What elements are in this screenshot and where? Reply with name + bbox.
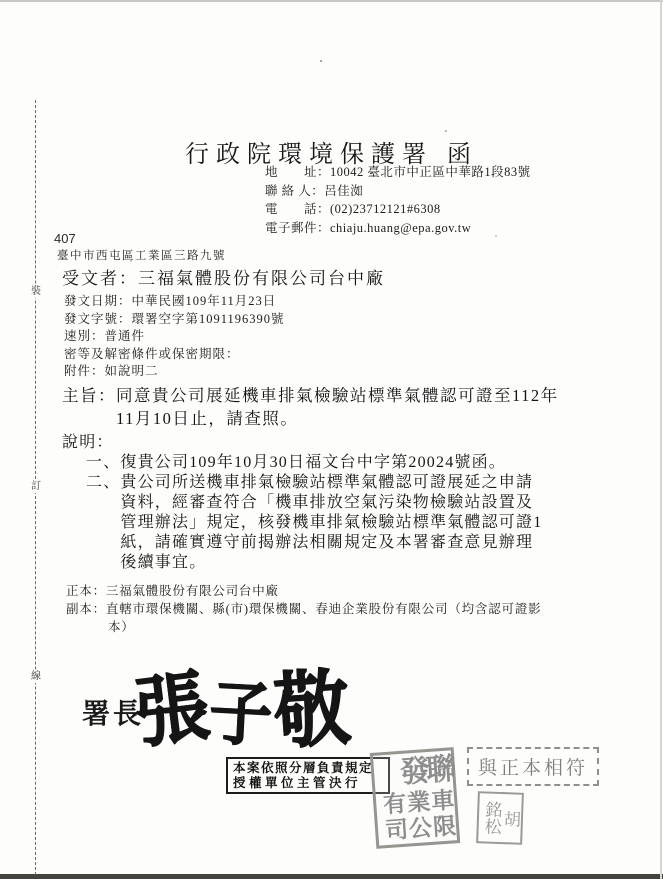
item-line: 資料，經審查符合「機車排放空氣污染物檢驗站設置及 xyxy=(120,493,542,513)
subject-section: 主旨： 同意貴公司展延機車排氣檢驗站標準氣體認可證至112年 11月10日止，請… xyxy=(62,384,559,430)
binding-mark-xian: 線 xyxy=(29,671,43,683)
certified-true-copy-stamp: 與正本相符 xyxy=(467,747,599,786)
item-line: 後續事宜。 xyxy=(120,553,542,573)
signature-char: 子 xyxy=(207,656,275,760)
item-number: 二、 xyxy=(86,473,120,573)
document-meta-block: 發文日期：中華民國109年11月23日 發文字號：環署空字第1091196390… xyxy=(64,293,285,381)
cc-line: 副本：直轄市環保機關、縣(市)環保機關、春迪企業股份有限公司（均含認可證影 xyxy=(66,600,541,618)
explanation-section: 說明： 一、 復貴公司109年10月30日福文台中字第20024號函。 二、 貴… xyxy=(62,433,542,573)
item-number: 一、 xyxy=(86,453,120,473)
contact-address-line: 地 址：10042 臺北市中正區中華路1段83號 xyxy=(265,163,531,182)
subject-line: 同意貴公司展延機車排氣檢驗站標準氣體認可證至112年 xyxy=(116,384,559,407)
company-stamp-column: 聯發 xyxy=(375,753,451,792)
recipient-address: 臺中市西屯區工業區三路九號 xyxy=(57,247,226,263)
recipient-line: 受文者：三福氣體股份有限公司台中廠 xyxy=(62,264,385,289)
signature-handwriting: 張子敬 xyxy=(135,650,347,755)
personal-name-seal: 胡 銘松 xyxy=(476,791,524,845)
explanation-label: 說明： xyxy=(62,433,542,453)
binding-mark-ding: 訂 xyxy=(29,481,43,493)
item-line: 紙，請確實遵守前揭辦法相關規定及本署審查意見辦理 xyxy=(120,533,542,553)
subject-line: 11月10日止，請查照。 xyxy=(116,407,559,430)
subject-label: 主旨： xyxy=(62,384,116,430)
scan-noise-specks xyxy=(320,60,322,62)
contact-person-line: 聯 絡 人：呂佳洳 xyxy=(265,182,531,201)
explanation-item-1: 一、 復貴公司109年10月30日福文台中字第20024號函。 xyxy=(86,453,542,473)
subject-body: 同意貴公司展延機車排氣檢驗站標準氣體認可證至112年 11月10日止，請查照。 xyxy=(116,384,559,430)
delegation-line: 本案依照分層負責規定 xyxy=(233,761,383,776)
company-stamp-column: 限公司 xyxy=(379,812,455,843)
original-copy-line: 正本：三福氣體股份有限公司台中廠 xyxy=(66,582,541,600)
cc-line-continuation: 本） xyxy=(108,618,541,636)
agency-contact-block: 地 址：10042 臺北市中正區中華路1段83號 聯 絡 人：呂佳洳 電 話：(… xyxy=(265,163,531,237)
item-body: 貴公司所送機車排氣檢驗站標準氣體認可證展延之申請 資料，經審查符合「機車排放空氣… xyxy=(120,473,542,573)
scanned-letter-page: 裝 訂 線 行政院環境保護署函 地 址：10042 臺北市中正區中華路1段83號… xyxy=(0,0,663,879)
scan-edge-top xyxy=(0,0,663,2)
name-seal-column: 胡 xyxy=(500,795,521,842)
contact-email-line: 電子郵件：chiaju.huang@epa.gov.tw xyxy=(265,219,531,238)
delegation-line: 授權單位主管決行 xyxy=(233,776,383,791)
attachment-line: 附件：如說明二 xyxy=(64,363,285,381)
item-line: 復貴公司109年10月30日福文台中字第20024號函。 xyxy=(120,453,506,473)
item-line: 貴公司所送機車排氣檢驗站標準氣體認可證展延之申請 xyxy=(120,473,542,493)
signature-char: 張 xyxy=(128,644,214,763)
contact-phone-line: 電 話：(02)23712121#6308 xyxy=(265,200,531,219)
delegation-authority-box: 本案依照分層負責規定 授權單位主管決行 xyxy=(226,757,390,794)
explanation-item-2: 二、 貴公司所送機車排氣檢驗站標準氣體認可證展延之申請 資料，經審查符合「機車排… xyxy=(86,473,542,573)
classification-line: 密等及解密條件或保密期限： xyxy=(64,346,285,364)
copies-block: 正本：三福氣體股份有限公司台中廠 副本：直轄市環保機關、縣(市)環保機關、春迪企… xyxy=(66,582,541,636)
scan-edge-right xyxy=(660,0,662,879)
recipient-postal-code: 407 xyxy=(54,231,76,246)
binding-mark-zhuang: 裝 xyxy=(29,286,43,298)
name-seal-column: 銘松 xyxy=(481,794,502,841)
scan-edge-bottom xyxy=(0,874,663,879)
item-body: 復貴公司109年10月30日福文台中字第20024號函。 xyxy=(120,453,506,473)
company-stamp: 聯發 車業有 限公司 xyxy=(370,747,460,849)
issue-number-line: 發文字號：環署空字第1091196390號 xyxy=(64,311,285,329)
priority-line: 速別：普通件 xyxy=(64,328,285,346)
issue-date-line: 發文日期：中華民國109年11月23日 xyxy=(64,293,285,311)
signature-char: 敬 xyxy=(269,641,353,765)
item-line: 管理辦法」規定，核發機車排氣檢驗站標準氣體認可證1 xyxy=(120,513,542,533)
